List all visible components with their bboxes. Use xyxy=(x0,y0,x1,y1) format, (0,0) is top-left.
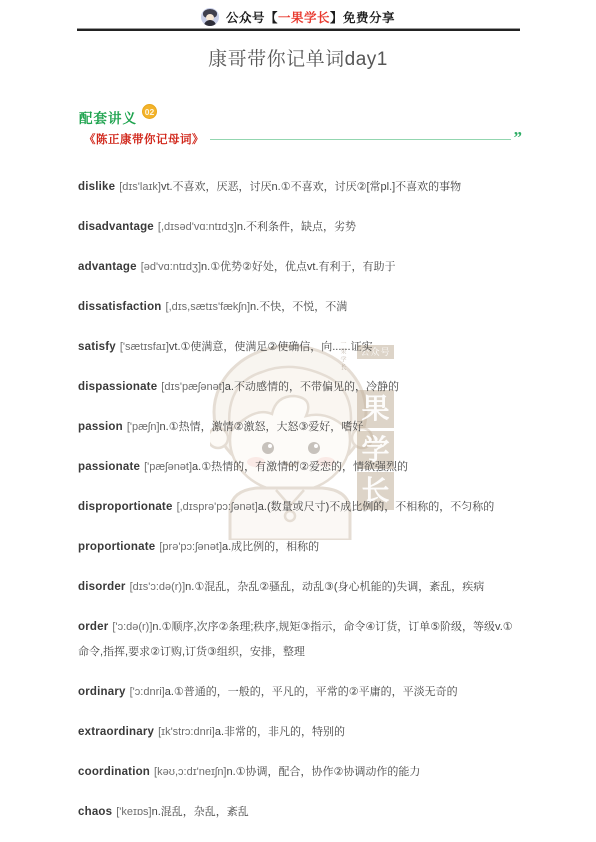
green-divider-line xyxy=(210,139,511,140)
vocab-phonetic: [dɪs'pæʃənət] xyxy=(161,381,225,393)
vocab-word: passionate xyxy=(78,461,140,473)
vocab-meaning: n.不快，不悦，不满 xyxy=(250,301,347,313)
vocab-phonetic: [,dɪs,sætɪs'fækʃn] xyxy=(166,301,251,313)
vocab-entry: extraordinary[ɪk'strɔ:dnri]a.非常的，非凡的，特别的 xyxy=(78,720,520,745)
vocab-meaning: n.①热情，激情②激怒，大怒③爱好，嗜好 xyxy=(160,421,364,433)
vocab-phonetic: [əd'vɑ:ntɪdʒ] xyxy=(141,261,201,273)
vocab-phonetic: [,dɪsəd'vɑ:ntɪdʒ] xyxy=(158,221,237,233)
vocab-entry: dissatisfaction[,dɪs,sætɪs'fækʃn]n.不快，不悦… xyxy=(78,295,520,320)
page-header: 公众号【一果学长】免费分享 xyxy=(0,0,596,26)
vocab-word: ordinary xyxy=(78,686,126,698)
vocab-entry: passion['pæʃn]n.①热情，激情②激怒，大怒③爱好，嗜好 xyxy=(78,415,520,440)
vocab-entry: ordinary['ɔ:dnri]a.①普通的，一般的，平凡的，平常的②平庸的，… xyxy=(78,680,520,705)
source-book-title: 《陈正康带你记母词》 xyxy=(84,131,204,147)
account-name: 一果学长 xyxy=(278,11,330,25)
vocab-entry: dislike[dɪs'laɪk]vt.不喜欢，厌恶，讨厌n.①不喜欢，讨厌②[… xyxy=(78,175,520,200)
section-label: 配套讲义 xyxy=(79,107,137,127)
vocab-meaning: n.①优势②好处，优点vt.有利于，有助于 xyxy=(201,261,396,273)
account-prefix: 公众号【 xyxy=(226,11,278,25)
vocab-entry: satisfy['sætɪsfaɪ]vt.①使满意，使满足②使确信，向.....… xyxy=(78,335,520,360)
vocab-word: passion xyxy=(78,421,123,433)
vocab-entry: proportionate[prə'pɔ:ʃənət]a.成比例的，相称的 xyxy=(78,535,520,560)
vocab-word: dispassionate xyxy=(78,381,157,393)
vocab-phonetic: [ɪk'strɔ:dnri] xyxy=(158,726,215,738)
vocab-meaning: a.成比例的，相称的 xyxy=(222,541,319,553)
vocab-word: chaos xyxy=(78,806,112,818)
vocab-phonetic: ['ɔ:də(r)] xyxy=(112,621,152,633)
vocab-meaning: a.不动感情的，不带偏见的，冷静的 xyxy=(225,381,399,393)
vocab-word: proportionate xyxy=(78,541,155,553)
quote-mark: ” xyxy=(514,134,523,144)
vocab-phonetic: [prə'pɔ:ʃənət] xyxy=(159,541,222,553)
vocab-phonetic: [dɪs'laɪk] xyxy=(119,181,161,193)
vocab-phonetic: ['pæʃn] xyxy=(127,421,160,433)
vocab-entry: disadvantage[,dɪsəd'vɑ:ntɪdʒ]n.不利条件，缺点，劣… xyxy=(78,215,520,240)
vocab-word: disproportionate xyxy=(78,501,173,513)
vocab-entry: advantage[əd'vɑ:ntɪdʒ]n.①优势②好处，优点vt.有利于，… xyxy=(78,255,520,280)
vocab-entry: chaos['keɪɒs]n.混乱，杂乱，紊乱 xyxy=(78,800,520,825)
vocab-entry: disproportionate[,dɪsprə'pɔ:ʃənət]a.(数量或… xyxy=(78,495,520,520)
vocab-meaning: n.不利条件，缺点，劣势 xyxy=(237,221,356,233)
vocab-phonetic: ['pæʃənət] xyxy=(144,461,192,473)
vocab-entry: dispassionate[dɪs'pæʃənət]a.不动感情的，不带偏见的，… xyxy=(78,375,520,400)
vocab-meaning: n.①协调，配合，协作②协调动作的能力 xyxy=(227,766,421,778)
page-title: 康哥带你记单词day1 xyxy=(0,44,596,71)
vocab-meaning: a.非常的，非凡的，特别的 xyxy=(215,726,345,738)
vocab-meaning: vt.①使满意，使满足②使确信，向......证实 xyxy=(169,341,373,353)
vocab-word: advantage xyxy=(78,261,137,273)
vocab-word: order xyxy=(78,621,108,633)
vocab-meaning: n.混乱，杂乱，紊乱 xyxy=(152,806,249,818)
source-row: 《陈正康带你记母词》 ” xyxy=(84,131,522,147)
vocab-entry: coordination[kəʊ,ɔ:dɪ'neɪʃn]n.①协调，配合，协作②… xyxy=(78,760,520,785)
account-avatar-icon xyxy=(201,8,219,26)
vocab-meaning: a.①热情的，有激情的②爱恋的，情欲强烈的 xyxy=(192,461,408,473)
vocab-entry: disorder[dɪs'ɔ:də(r)]n.①混乱，杂乱②骚乱，动乱③(身心机… xyxy=(78,575,520,600)
vocab-meaning: a.(数量或尺寸)不成比例的，不相称的，不匀称的 xyxy=(258,501,495,513)
account-suffix: 】免费分享 xyxy=(330,11,395,25)
vocab-word: extraordinary xyxy=(78,726,154,738)
vocab-word: satisfy xyxy=(78,341,116,353)
vocab-word: disorder xyxy=(78,581,126,593)
vocab-meaning: vt.不喜欢，厌恶，讨厌n.①不喜欢，讨厌②[常pl.]不喜欢的事物 xyxy=(161,181,461,193)
vocab-phonetic: [kəʊ,ɔ:dɪ'neɪʃn] xyxy=(154,766,226,778)
vocab-entry: passionate['pæʃənət]a.①热情的，有激情的②爱恋的，情欲强烈… xyxy=(78,455,520,480)
section-number-badge: 02 xyxy=(142,104,157,119)
vocab-word: coordination xyxy=(78,766,150,778)
vocab-meaning: a.①普通的，一般的，平凡的，平常的②平庸的，平淡无奇的 xyxy=(165,686,458,698)
section-heading: 配套讲义 02 xyxy=(79,107,596,125)
header-divider xyxy=(77,28,520,31)
vocab-word: disadvantage xyxy=(78,221,154,233)
account-banner-text: 公众号【一果学长】免费分享 xyxy=(226,8,395,26)
vocab-word: dislike xyxy=(78,181,115,193)
vocab-word: dissatisfaction xyxy=(78,301,162,313)
vocab-phonetic: ['keɪɒs] xyxy=(116,806,151,818)
vocab-phonetic: ['sætɪsfaɪ] xyxy=(120,341,169,353)
vocab-meaning: n.①混乱，杂乱②骚乱，动乱③(身心机能的)失调，紊乱，疾病 xyxy=(185,581,484,593)
vocab-phonetic: ['ɔ:dnri] xyxy=(130,686,165,698)
vocab-phonetic: [,dɪsprə'pɔ:ʃənət] xyxy=(177,501,258,513)
vocab-phonetic: [dɪs'ɔ:də(r)] xyxy=(130,581,186,593)
vocab-list: dislike[dɪs'laɪk]vt.不喜欢，厌恶，讨厌n.①不喜欢，讨厌②[… xyxy=(0,175,596,825)
vocab-entry: order['ɔ:də(r)]n.①顺序,次序②条理;秩序,规矩③指示，命令④订… xyxy=(78,615,520,665)
document-page: 一果学长 公众号 果 学 长 公众号【一果学长】免费分享 康哥带你记单词day1… xyxy=(0,0,596,842)
